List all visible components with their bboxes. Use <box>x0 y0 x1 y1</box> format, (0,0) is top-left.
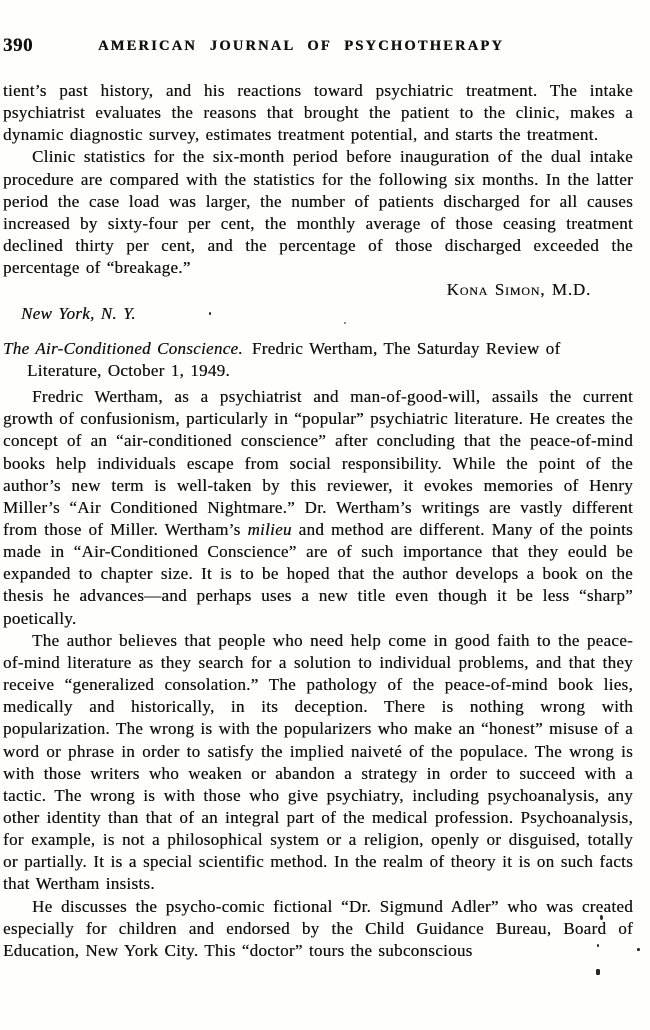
paragraph-review-1-text-a: Fredric Wertham, as a psychiatrist and m… <box>3 387 633 539</box>
reviewer-location: New York, N. Y. <box>3 303 633 325</box>
paragraph-continuation: tient’s past history, and his reactions … <box>3 80 633 146</box>
scanned-journal-page: 390 AMERICAN JOURNAL OF PSYCHOTHERAPY ti… <box>0 0 650 1030</box>
scan-speckle <box>597 944 599 947</box>
running-head: 390 AMERICAN JOURNAL OF PSYCHOTHERAPY <box>3 35 634 59</box>
review-heading: The Air-Conditioned Conscience.Fredric W… <box>3 338 633 382</box>
scan-speckle <box>596 969 600 975</box>
paragraph-clinic-statistics: Clinic statistics for the six-month peri… <box>3 146 633 279</box>
page-number: 390 <box>3 35 33 57</box>
paragraph-review-3: He discusses the psycho-comic fictional … <box>3 896 633 962</box>
reviewer-name: Kona Simon, M.D. <box>447 280 591 299</box>
review-title: The Air-Conditioned Conscience. <box>3 339 243 358</box>
scan-speckle <box>209 312 211 315</box>
reviewer-signature-line: Kona Simon, M.D. <box>3 279 633 301</box>
journal-title: AMERICAN JOURNAL OF PSYCHOTHERAPY <box>98 38 504 55</box>
text-column: tient’s past history, and his reactions … <box>3 80 633 962</box>
scan-speckle <box>600 915 603 920</box>
paragraph-review-1: Fredric Wertham, as a psychiatrist and m… <box>3 386 633 630</box>
scan-speckle <box>637 948 640 951</box>
paragraph-review-1-italic-word: milieu <box>247 520 291 539</box>
scan-speckle <box>344 322 346 324</box>
paragraph-review-2: The author believes that people who need… <box>3 630 633 896</box>
